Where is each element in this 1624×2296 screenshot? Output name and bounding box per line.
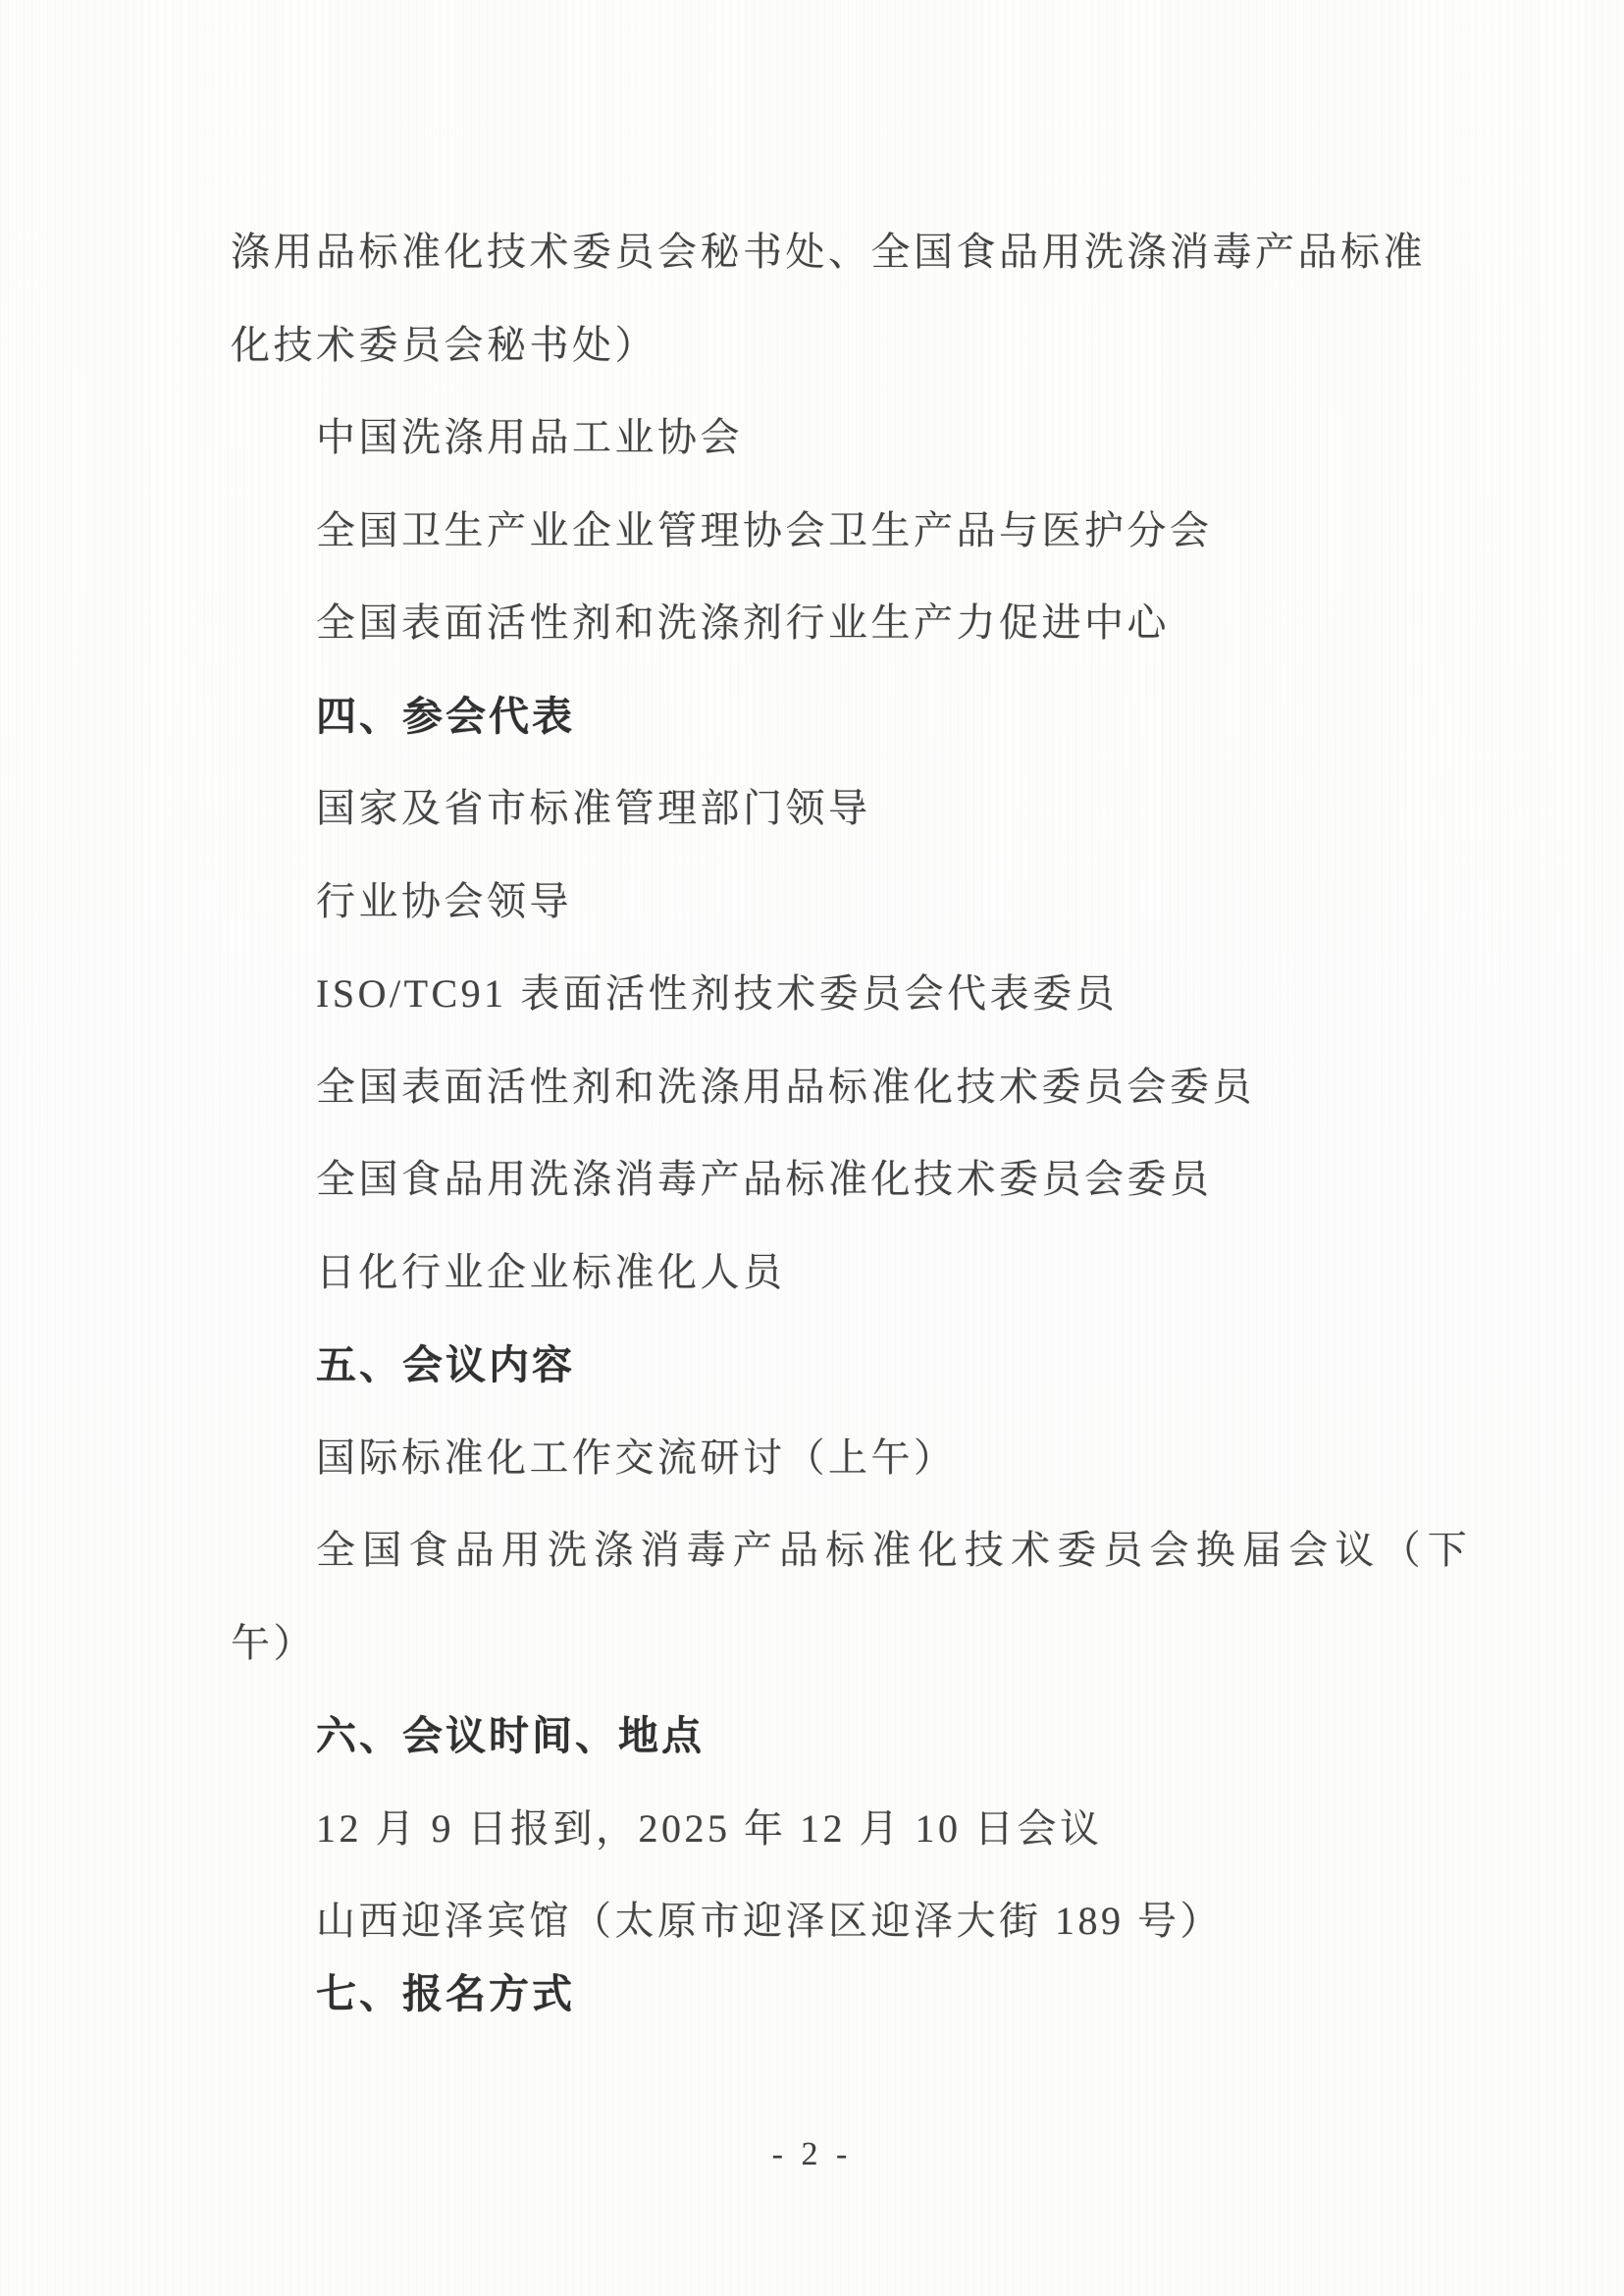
agenda-afternoon-tc-reelection-line-2: 午） <box>231 1597 1442 1691</box>
agenda-morning-international-standardization: 国际标准化工作交流研讨（上午） <box>231 1412 1442 1505</box>
heading-section-5-agenda: 五、会议内容 <box>231 1319 1442 1412</box>
heading-section-4-participants: 四、参会代表 <box>231 670 1442 763</box>
meeting-dates: 12 月 9 日报到，2025 年 12 月 10 日会议 <box>231 1783 1442 1876</box>
page-number: - 2 - <box>0 2127 1624 2182</box>
para-secretariat-continuation-2: 化技术委员会秘书处） <box>231 299 1442 392</box>
participant-iso-tc91-delegates: ISO/TC91 表面活性剂技术委员会代表委员 <box>231 948 1442 1041</box>
para-secretariat-continuation-1: 涤用品标准化技术委员会秘书处、全国食品用洗涤消毒产品标准 <box>231 206 1442 299</box>
agenda-afternoon-tc-reelection-line-1: 全国食品用洗涤消毒产品标准化技术委员会换届会议（下 <box>231 1504 1442 1597</box>
participant-daily-chemical-standardization-staff: 日化行业企业标准化人员 <box>231 1226 1442 1320</box>
heading-section-6-time-place: 六、会议时间、地点 <box>231 1690 1442 1783</box>
participant-industry-association-leaders: 行业协会领导 <box>231 856 1442 949</box>
document-body: 涤用品标准化技术委员会秘书处、全国食品用洗涤消毒产品标准化技术委员会秘书处）中国… <box>231 206 1442 2040</box>
scanned-document-page: 涤用品标准化技术委员会秘书处、全国食品用洗涤消毒产品标准化技术委员会秘书处）中国… <box>0 0 1624 2296</box>
participant-standards-authority-leaders: 国家及省市标准管理部门领导 <box>231 762 1442 856</box>
org-china-cleaning-industry-association: 中国洗涤用品工业协会 <box>231 391 1442 485</box>
participant-surfactant-detergent-tc-members: 全国表面活性剂和洗涤用品标准化技术委员会委员 <box>231 1041 1442 1134</box>
org-surfactant-productivity-center: 全国表面活性剂和洗涤剂行业生产力促进中心 <box>231 577 1442 670</box>
org-health-industry-association-branch: 全国卫生产业企业管理协会卫生产品与医护分会 <box>231 485 1442 578</box>
participant-food-detergent-disinfection-tc-members: 全国食品用洗涤消毒产品标准化技术委员会委员 <box>231 1133 1442 1226</box>
